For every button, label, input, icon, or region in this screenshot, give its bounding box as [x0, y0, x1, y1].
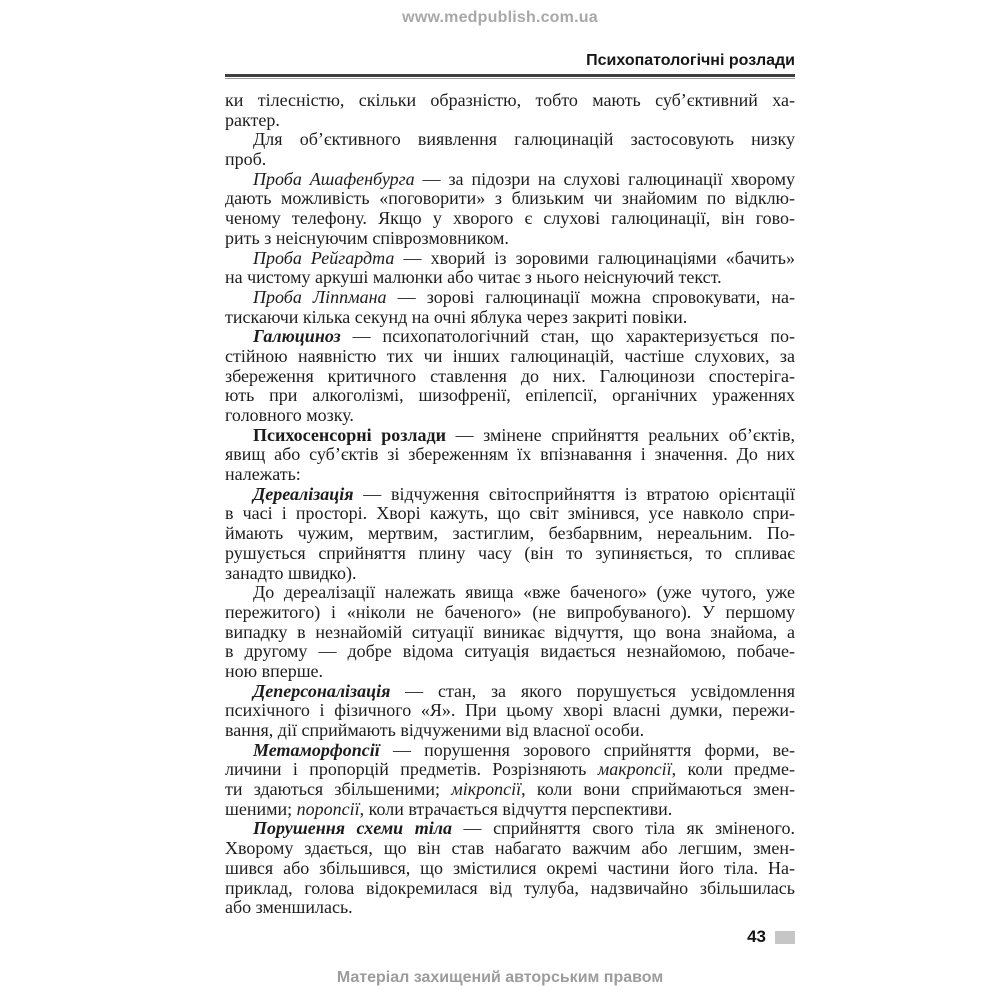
page-number: 43 — [747, 927, 766, 947]
text-line: стійною наявністю тих чи інших галюцинац… — [225, 347, 795, 367]
text-line: Психосенсорні розлади — змінене сприйнят… — [225, 426, 795, 446]
text-line: Для об’єктивного виявлення галюцинацій з… — [225, 130, 795, 150]
text-line: пережитого) і «ніколи не баченого» (не в… — [225, 603, 795, 623]
text-line: в другому — добре відома ситуація видаєт… — [225, 642, 795, 662]
page-number-row: 43 — [225, 927, 795, 947]
text-line: тискаючи кілька секунд на очні яблука че… — [225, 308, 795, 328]
text-line: Проба Ашафенбурга — за підозри на слухов… — [225, 170, 795, 190]
text-line: До дереалізації належать явища «вже баче… — [225, 583, 795, 603]
text-line: шеними; поропсії, коли втрачається відчу… — [225, 800, 795, 820]
text-line: Проба Рейгардта — хворий із зоровими гал… — [225, 249, 795, 269]
page-number-marker — [775, 931, 795, 944]
text-line: рушується сприйняття плину часу (він то … — [225, 544, 795, 564]
text-line: Галюциноз — психопатологічний стан, що х… — [225, 327, 795, 347]
text-line: ймають чужим, мертвим, застиглим, безбар… — [225, 524, 795, 544]
text-line: рить з неіснуючим співрозмовником. — [225, 229, 795, 249]
text-line: рактер. — [225, 111, 795, 131]
text-line: Деперсоналізація — стан, за якого порушу… — [225, 682, 795, 702]
text-line: вання, дії сприймають відчуженими від вл… — [225, 721, 795, 741]
paragraph: Психосенсорні розлади — змінене сприйнят… — [225, 426, 795, 485]
paragraph: Проба Ашафенбурга — за підозри на слухов… — [225, 170, 795, 249]
text-line: збереження критичного ставлення до них. … — [225, 367, 795, 387]
paragraph: Метаморфопсії — порушення зорового сприй… — [225, 741, 795, 820]
text-line: Хворому здається, що він став набагато в… — [225, 839, 795, 859]
text-line: Проба Ліппмана — зорові галюцинації можн… — [225, 288, 795, 308]
body-text: ки тілесністю, скільки образністю, тобто… — [225, 91, 795, 918]
text-line: дають можливість «поговорити» з близьким… — [225, 189, 795, 209]
running-header: Психопатологічні розлади — [225, 52, 795, 79]
paragraph: Проба Рейгардта — хворий із зоровими гал… — [225, 249, 795, 288]
paragraph: Порушення схеми тіла — сприйняття свого … — [225, 819, 795, 917]
copyright-notice: Матеріал захищений авторським правом — [0, 969, 1000, 987]
text-line: головного мозку. — [225, 406, 795, 426]
text-line: випадку в незнайомій ситуації виникає ві… — [225, 623, 795, 643]
chapter-title: Психопатологічні розлади — [225, 52, 795, 70]
text-line: личини і пропорцій предметів. Розрізняют… — [225, 760, 795, 780]
text-line: ти здаються збільшеними; мікропсії, коли… — [225, 780, 795, 800]
text-line: на чистому аркуші малюнки або читає з нь… — [225, 268, 795, 288]
text-line: ченому телефону. Якщо у хворого є слухов… — [225, 209, 795, 229]
text-line: ки тілесністю, скільки образністю, тобто… — [225, 91, 795, 111]
paragraph: Галюциноз — психопатологічний стан, що х… — [225, 327, 795, 425]
text-line: явищ або суб’єктів зі збереженням їх впі… — [225, 445, 795, 465]
paragraph: Деперсоналізація — стан, за якого порушу… — [225, 682, 795, 741]
text-line: проб. — [225, 150, 795, 170]
paragraph: До дереалізації належать явища «вже баче… — [225, 583, 795, 681]
text-line: або зменшилась. — [225, 898, 795, 918]
text-line: в часі і просторі. Хворі кажуть, що світ… — [225, 504, 795, 524]
text-line: шився або збільшився, що змістилися окре… — [225, 859, 795, 879]
text-line: ють при алкоголізмі, шизофренії, епілепс… — [225, 386, 795, 406]
paragraph: Дереалізація — відчуження світосприйнятт… — [225, 485, 795, 583]
site-watermark-text: www.medpublish.com.ua — [0, 9, 1000, 27]
header-rule — [225, 74, 795, 79]
paragraph: Проба Ліппмана — зорові галюцинації можн… — [225, 288, 795, 327]
book-page: www.medpublish.com.ua Психопатологічні р… — [0, 0, 1000, 1000]
text-line: занадто швидко). — [225, 564, 795, 584]
text-line: належать: — [225, 465, 795, 485]
text-line: Метаморфопсії — порушення зорового сприй… — [225, 741, 795, 761]
paragraph: Для об’єктивного виявлення галюцинацій з… — [225, 130, 795, 169]
text-line: Порушення схеми тіла — сприйняття свого … — [225, 819, 795, 839]
paragraph: ки тілесністю, скільки образністю, тобто… — [225, 91, 795, 130]
text-line: психічного і фізичного «Я». При цьому хв… — [225, 701, 795, 721]
text-line: Дереалізація — відчуження світосприйнятт… — [225, 485, 795, 505]
text-line: ною вперше. — [225, 662, 795, 682]
text-line: приклад, голова відокремилася від тулуба… — [225, 879, 795, 899]
